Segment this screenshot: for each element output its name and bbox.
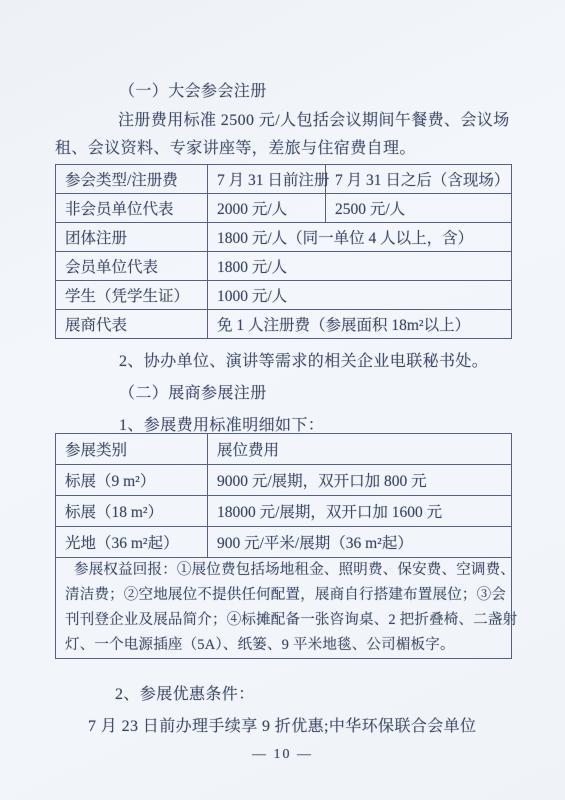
intro-paragraph-line-2: 租、会议资料、专家讲座等，差旅与住宿费自理。: [55, 138, 416, 160]
cell-exhibitor-fee: 免 1 人注册费（参展面积 18m²以上）: [208, 310, 512, 339]
table-row-benefits: 参展权益回报：①展位费包括场地租金、照明费、保安费、空调费、 清洁费；②空地展位…: [56, 558, 512, 659]
header-cell-category: 参展类别: [56, 434, 208, 465]
table-row-standard-booth-9: 标展（9 m²） 9000 元/展期，双开口加 800 元: [56, 465, 512, 496]
cell-member-fee: 1800 元/人: [208, 252, 512, 281]
document-page: （一）大会参会注册 注册费用标准 2500 元/人包括会议期间午餐费、会议场 租…: [0, 0, 565, 800]
cell-standard-18-label: 标展（18 m²）: [56, 496, 208, 527]
cell-nonmember-early-fee: 2000 元/人: [208, 194, 326, 223]
cell-student-label: 学生（凭学生证）: [56, 281, 208, 310]
header-cell-booth-fee: 展位费用: [208, 434, 512, 465]
intro-paragraph-line-1: 注册费用标准 2500 元/人包括会议期间午餐费、会议场: [118, 110, 510, 132]
page-number: — 10 —: [0, 747, 565, 763]
table-row-header: 参展类别 展位费用: [56, 434, 512, 465]
cell-standard-18-fee: 18000 元/展期，双开口加 1600 元: [208, 496, 512, 527]
cell-exhibitor-benefits: 参展权益回报：①展位费包括场地租金、照明费、保安费、空调费、 清洁费；②空地展位…: [56, 558, 512, 659]
table-row-member: 会员单位代表 1800 元/人: [56, 252, 512, 281]
cell-group-label: 团体注册: [56, 223, 208, 252]
header-cell-type: 参会类型/注册费: [56, 165, 208, 194]
cell-nonmember-label: 非会员单位代表: [56, 194, 208, 223]
cell-student-fee: 1000 元/人: [208, 281, 512, 310]
benefits-line-2: 清洁费；②空地展位不提供任何配置，展商自行搭建布置展位；③会: [65, 583, 505, 608]
discount-conditions-heading: 2、参展优惠条件：: [115, 684, 255, 706]
benefits-line-1: 参展权益回报：①展位费包括场地租金、照明费、保安费、空调费、: [65, 558, 505, 583]
benefits-line-3: 刊刊登企业及展品简介；④标摊配备一张咨询桌、2 把折叠椅、二盏射: [65, 608, 505, 633]
exhibition-fee-table: 参展类别 展位费用 标展（9 m²） 9000 元/展期，双开口加 800 元 …: [55, 433, 512, 659]
table-row-group: 团体注册 1800 元/人（同一单位 4 人以上，含）: [56, 223, 512, 252]
cell-member-label: 会员单位代表: [56, 252, 208, 281]
table-row-header: 参会类型/注册费 7 月 31 日前注册 7 月 31 日之后（含现场）: [56, 165, 512, 194]
section-heading-conference-registration: （一）大会参会注册: [119, 81, 267, 103]
table-row-nonmember: 非会员单位代表 2000 元/人 2500 元/人: [56, 194, 512, 223]
cell-standard-9-label: 标展（9 m²）: [56, 465, 208, 496]
cell-raw-space-label: 光地（36 m²起）: [56, 527, 208, 558]
table-row-standard-booth-18: 标展（18 m²） 18000 元/展期，双开口加 1600 元: [56, 496, 512, 527]
section-heading-exhibitor-registration: （二）展商参展注册: [119, 383, 267, 405]
cell-standard-9-fee: 9000 元/展期，双开口加 800 元: [208, 465, 512, 496]
cell-raw-space-fee: 900 元/平米/展期（36 m²起）: [208, 527, 512, 558]
cell-exhibitor-label: 展商代表: [56, 310, 208, 339]
table-row-student: 学生（凭学生证） 1000 元/人: [56, 281, 512, 310]
registration-fee-table: 参会类型/注册费 7 月 31 日前注册 7 月 31 日之后（含现场） 非会员…: [55, 164, 512, 339]
table-row-raw-space: 光地（36 m²起） 900 元/平米/展期（36 m²起）: [56, 527, 512, 558]
discount-conditions-line-1: 7 月 23 日前办理手续享 9 折优惠;中华环保联合会单位: [88, 716, 476, 738]
table-row-exhibitor: 展商代表 免 1 人注册费（参展面积 18m²以上）: [56, 310, 512, 339]
header-cell-before-deadline: 7 月 31 日前注册: [208, 165, 326, 194]
header-cell-after-deadline: 7 月 31 日之后（含现场）: [326, 165, 512, 194]
note-cooperation-contact: 2、协办单位、演讲等需求的相关企业电联秘书处。: [119, 351, 488, 373]
cell-nonmember-late-fee: 2500 元/人: [326, 194, 512, 223]
benefits-line-4: 灯、一个电源插座（5A）、纸篓、9 平米地毯、公司楣板字。: [65, 633, 505, 658]
cell-group-fee: 1800 元/人（同一单位 4 人以上，含）: [208, 223, 512, 252]
